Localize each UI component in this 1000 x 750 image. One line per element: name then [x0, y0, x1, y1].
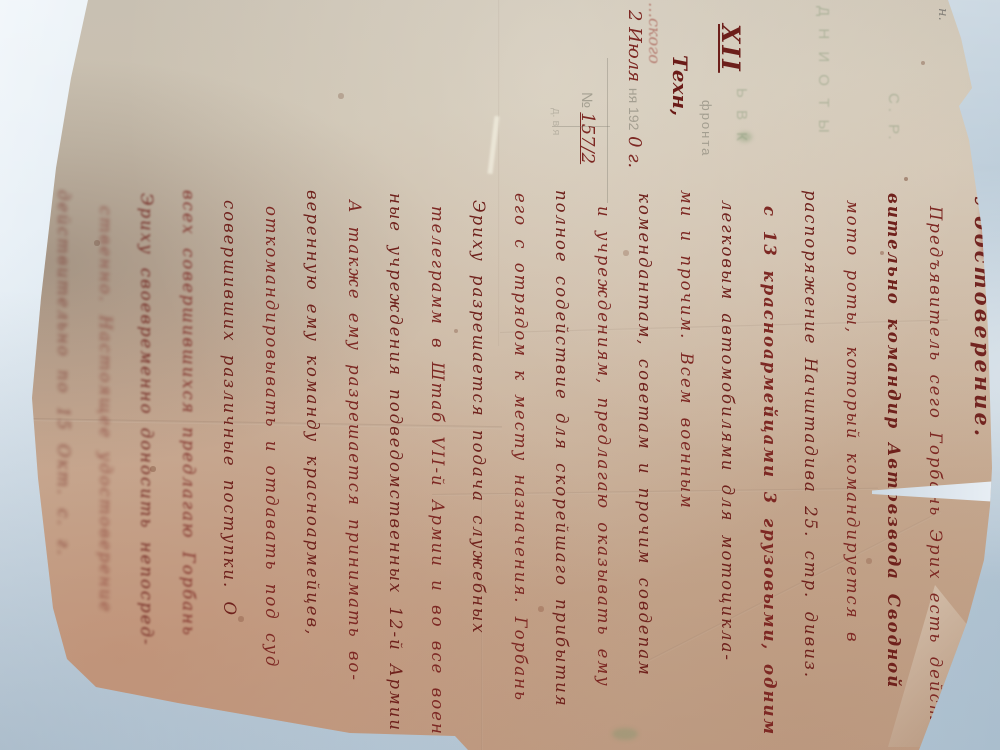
handwritten-line: Эриху разрешается подача служебных: [458, 190, 500, 743]
handwritten-line: совершивших различные поступки. О: [209, 190, 251, 743]
paper-sheet: С. Р. Д Н И О Т Ы Ь В К н. XII Техн, …ск…: [0, 0, 1000, 750]
handwritten-line: ми и прочим. Всем военным: [666, 190, 708, 743]
handwritten-line: комендантам, советам и прочим совдепам: [624, 190, 666, 743]
bleedthrough-text: Д Н И О Т Ы: [815, 6, 832, 137]
date-day-month: 2 Июля: [624, 10, 645, 82]
handwritten-line: А также ему разрешается принимать во-: [334, 190, 376, 743]
pencil-mark: н.: [935, 8, 950, 21]
number-value: 157/2: [577, 112, 598, 164]
bleedthrough-text: Ь В К: [733, 88, 750, 145]
stamp-rule-line: [552, 126, 610, 127]
handwritten-line: с 13 красноармейцами 3 грузовыми, одним: [749, 190, 791, 743]
handwritten-line: ственно. Настоящее удостоверение: [85, 190, 127, 743]
handwritten-line: откомандировывать и отдавать под суд: [251, 190, 293, 743]
handwritten-line: Предъявитель сего Горбань Эрих есть дейс…: [915, 190, 957, 743]
year-suffix: 0 г.: [624, 136, 645, 168]
handwritten-line: веренную ему команду красноармейцев,: [292, 190, 334, 743]
number-annotation: № 157/2: [577, 92, 598, 164]
roman-numeral-annotation: XII: [716, 24, 745, 73]
handwritten-line: Эриху своевременно доносить непосред-: [126, 190, 168, 743]
stamp-front-word: фронта: [699, 100, 714, 157]
date-annotation: 2 Июля ня 192 0 г.: [624, 10, 645, 168]
bleedthrough-text: С. Р.: [885, 93, 902, 144]
handwriting-lines: Предъявитель сего Горбань Эрих есть дейс…: [43, 190, 956, 743]
photo-of-document: { "scene": { "description": "Photograph …: [0, 0, 1000, 750]
faint-annotation-word: …ского: [645, 2, 664, 64]
handwritten-line: вительно командир Автовзвода Сводной: [873, 190, 915, 743]
ink-annotation-word: Техн,: [668, 55, 692, 116]
stamp-year-blank: ня 192: [626, 88, 642, 131]
handwritten-line: мото роты, который командируется в: [832, 190, 874, 743]
stamp-small-text: д. в я: [550, 108, 562, 135]
handwriting-block: Удостоверение. Предъявитель сего Горбань…: [35, 190, 995, 743]
handwritten-line: телеграмм в Штаб VII-й Армии и во все во…: [417, 190, 459, 743]
handwritten-line: полное содействие для скорейшаго прибыти…: [541, 190, 583, 743]
handwritten-line: ные учреждения подведомственных 12-й Арм…: [375, 190, 417, 743]
handwritten-line: его с отрядом к месту назначения. Горбан…: [500, 190, 542, 743]
number-label: №: [578, 92, 595, 112]
handwritten-line: и учреждениям, предлагаю оказывать ему: [583, 190, 625, 743]
handwritten-line: всех совершившихся предлагаю Горбань: [168, 190, 210, 743]
handwritten-line: легковым автомобилями для мотоцикла-: [707, 190, 749, 743]
handwritten-line: распоряжение Начштадива 25. стр. дивиз.: [790, 190, 832, 743]
stamp-rule-line: [607, 58, 608, 203]
